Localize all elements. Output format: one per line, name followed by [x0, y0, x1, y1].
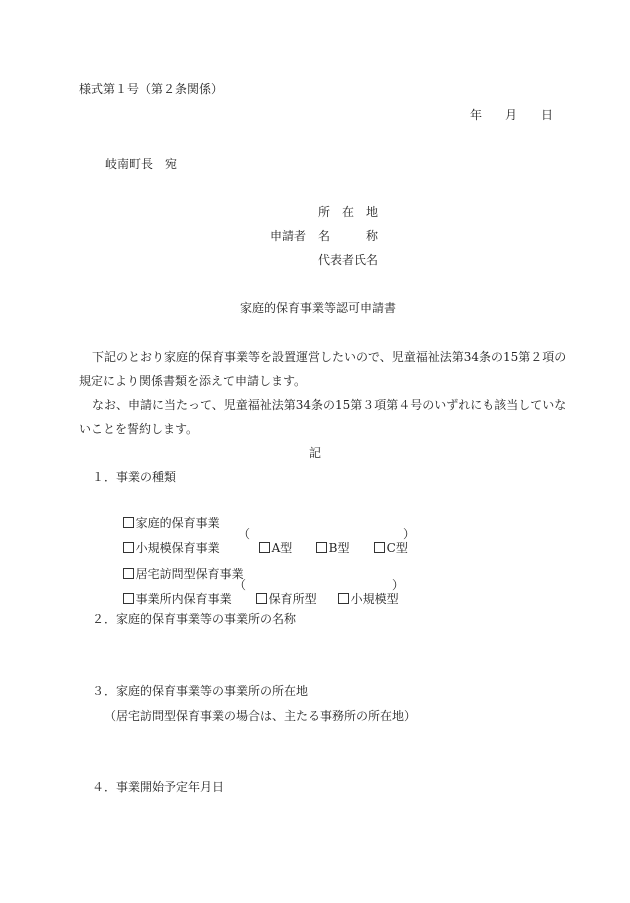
option-workplace-nursery-type[interactable]: 保育所型 — [248, 578, 317, 606]
body-paragraph-2-line-1: なお、申請に当たって、児童福祉法第34条の15第３項第４号のいずれにも該当してい… — [92, 398, 566, 412]
option-small-scale-childcare[interactable]: 小規模保育事業 — [115, 527, 220, 555]
checkbox-icon[interactable] — [259, 542, 270, 553]
checkbox-icon[interactable] — [123, 542, 134, 553]
addressee: 岐南町長 宛 — [105, 157, 177, 171]
section-2-heading: ２．家庭的保育事業等の事業所の名称 — [92, 612, 296, 626]
applicant-name-label: 名 称 — [318, 229, 378, 243]
document-title: 家庭的保育事業等認可申請書 — [240, 301, 396, 315]
checkbox-icon[interactable] — [374, 542, 385, 553]
section-3-heading: ３．家庭的保育事業等の事業所の所在地 — [92, 684, 308, 698]
option-workplace-small-type[interactable]: 小規模型 — [330, 578, 399, 606]
workplace-open-paren: （ — [234, 578, 246, 592]
applicant-label: 申請者 — [270, 229, 306, 243]
checkbox-icon[interactable] — [123, 593, 134, 604]
form-number: 様式第１号（第２条関係） — [79, 82, 223, 96]
section-4-heading: ４．事業開始予定年月日 — [92, 780, 224, 794]
checkbox-icon[interactable] — [256, 593, 267, 604]
body-paragraph-2-line-2: いことを誓約します。 — [79, 422, 198, 436]
date-day-label: 日 — [541, 108, 553, 122]
date-month-label: 月 — [505, 108, 517, 122]
checkbox-icon[interactable] — [338, 593, 349, 604]
section-3-note: （居宅訪問型保育事業の場合は、主たる事務所の所在地） — [104, 709, 416, 723]
applicant-location-label: 所 在 地 — [318, 205, 378, 219]
applicant-representative-label: 代表者氏名 — [318, 253, 378, 267]
date-year-label: 年 — [470, 108, 482, 122]
option-small-type-a[interactable]: A型 — [251, 527, 292, 555]
option-small-type-c[interactable]: C型 — [366, 527, 408, 555]
small-scale-close-paren: ） — [403, 527, 415, 541]
body-paragraph-1-line-1: 下記のとおり家庭的保育事業等を設置運営したいので、児童福祉法第34条の15第２項… — [92, 350, 566, 364]
option-home-visit-childcare[interactable]: 居宅訪問型保育事業 — [115, 553, 244, 581]
ki-marker: 記 — [309, 446, 321, 460]
small-scale-open-paren: （ — [238, 527, 250, 541]
workplace-close-paren: ） — [392, 578, 404, 592]
checkbox-icon[interactable] — [316, 542, 327, 553]
section-1-heading: １．事業の種類 — [92, 470, 176, 484]
option-workplace-childcare[interactable]: 事業所内保育事業 — [115, 578, 232, 606]
option-small-type-b[interactable]: B型 — [308, 527, 349, 555]
body-paragraph-1-line-2: 規定により関係書類を添えて申請します。 — [79, 374, 306, 388]
option-home-based-childcare[interactable]: 家庭的保育事業 — [115, 502, 220, 530]
